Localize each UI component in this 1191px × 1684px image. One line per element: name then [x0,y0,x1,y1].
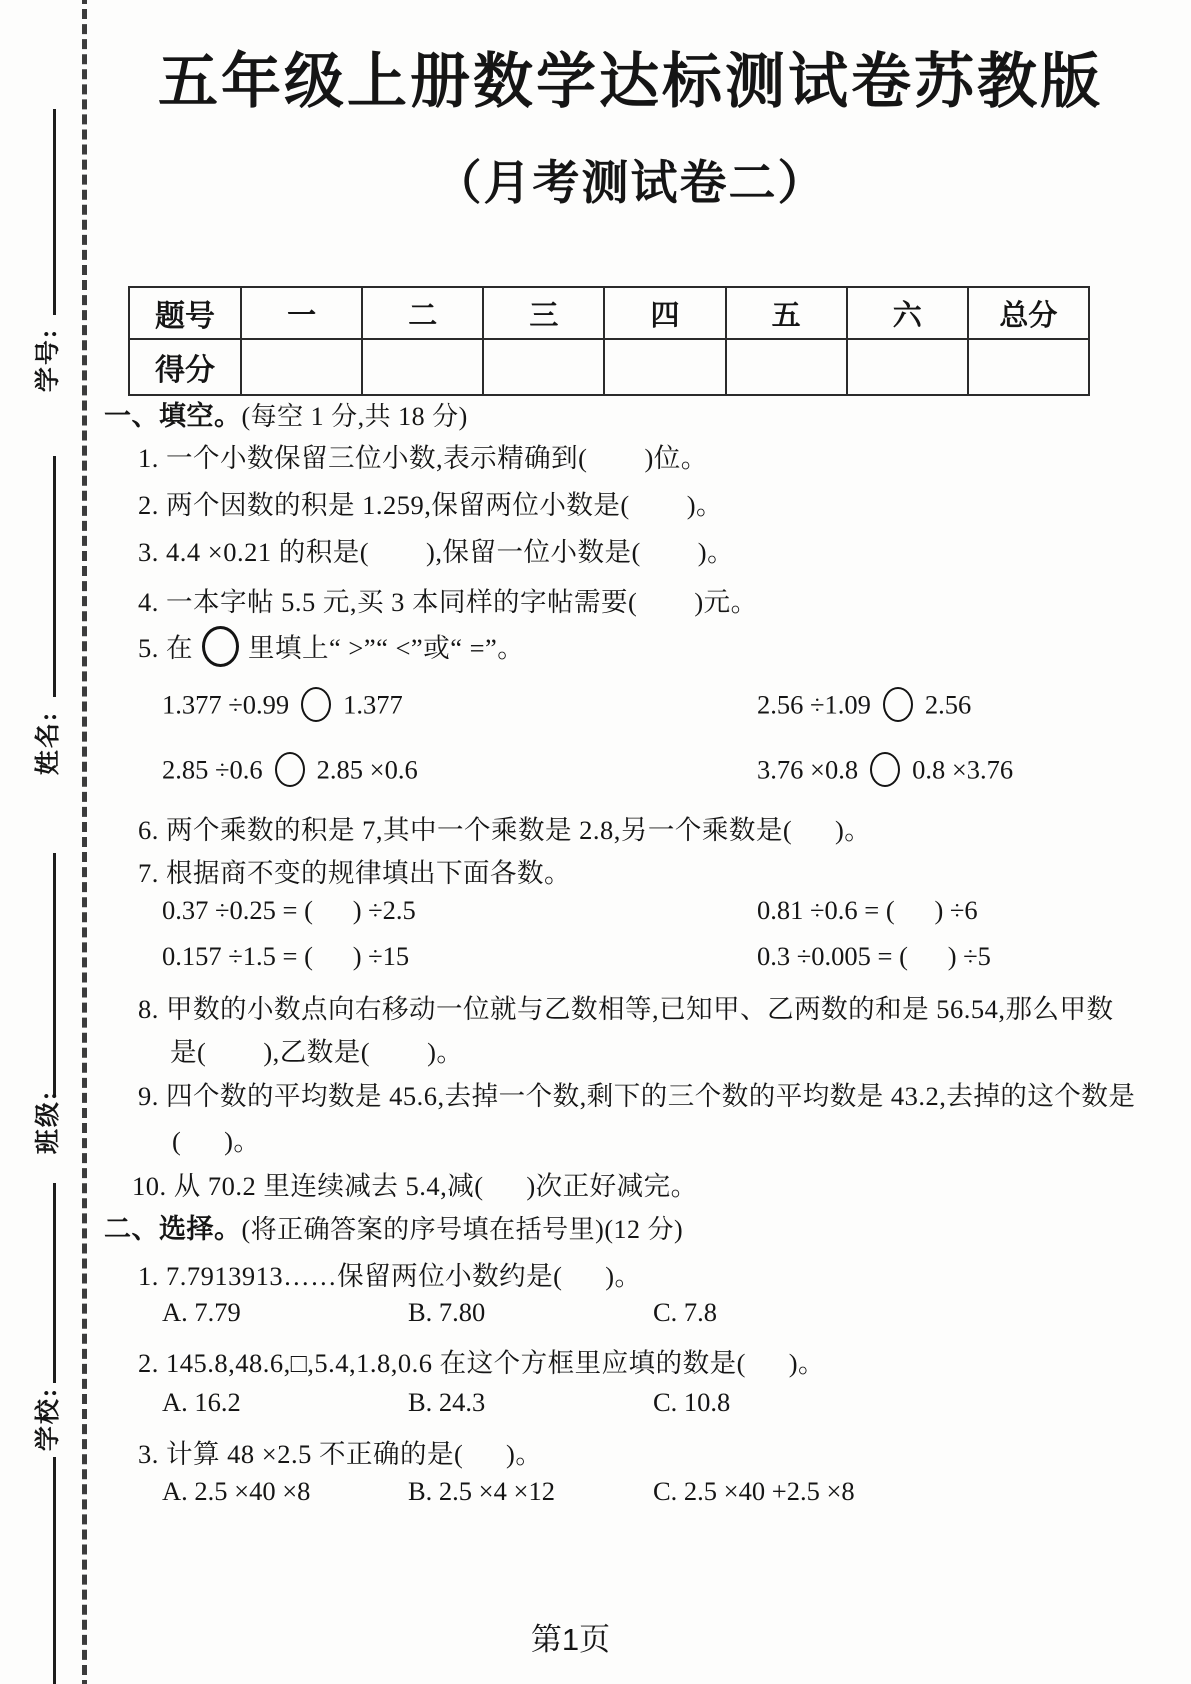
compare-item: 2.85 ÷0.62.85 ×0.6 [162,752,418,793]
question-s2-q2: 2. 145.8,48.6,□,5.4,1.8,0.6 在这个方框里应填的数是(… [138,1341,825,1380]
margin-blank-rule [53,853,56,1097]
option-a: A. 16.2 [162,1387,241,1418]
score-table-col: 五 [726,287,847,339]
test-paper-page: { "title": "五年级上册数学达标测试卷苏教版", "subtitle"… [0,0,1191,1684]
question-s1-q9-line1: 9. 四个数的平均数是 45.6,去掉一个数,剩下的三个数的平均数是 43.2,… [138,1074,1135,1113]
question-s1-q4: 4. 一本字帖 5.5 元,买 3 本同样的字帖需要( )元。 [138,580,758,619]
compare-circle-blank-icon [301,687,331,722]
score-table-col: 三 [483,287,604,339]
question-s1-q5: 5. 在里填上“ >”“ <”或“ =”。 [138,626,524,675]
question-s1-q1: 1. 一个小数保留三位小数,表示精确到( )位。 [138,436,708,475]
score-table: 题号 一 二 三 四 五 六 总分 得分 [128,286,1090,396]
question-s1-q2: 2. 两个因数的积是 1.259,保留两位小数是( )。 [138,483,723,522]
options-row-s2-q1: A. 7.79 B. 7.80 C. 7.8 [162,1297,1161,1333]
options-row-s2-q2: A. 16.2 B. 24.3 C. 10.8 [162,1387,1161,1423]
score-table-col: 四 [604,287,725,339]
class-label: 班级: [28,1090,64,1154]
score-table-col: 六 [847,287,968,339]
section1-header: 一、填空。(每空 1 分,共 18 分) [104,394,468,433]
question-s1-q7: 7. 根据商不变的规律填出下面各数。 [138,851,571,890]
compare-circle-blank-icon [883,687,913,722]
score-table-score-label: 得分 [129,339,241,395]
section2-title: 二、选择。 [104,1214,242,1244]
score-table-corner-label: 题号 [129,287,241,339]
compare-row-1: 1.377 ÷0.991.377 2.56 ÷1.092.56 [162,687,1161,723]
score-cell-empty [847,339,968,395]
quotient-fill-row-2: 0.157 ÷1.5 = ( ) ÷15 0.3 ÷0.005 = ( ) ÷5 [162,941,1161,977]
section1-note: (每空 1 分,共 18 分) [242,402,468,431]
q5-text-after: 里填上“ >”“ <”或“ =”。 [248,633,524,663]
compare-item: 2.56 ÷1.092.56 [757,687,971,728]
compare-circle-blank-icon [202,626,239,667]
option-c: C. 10.8 [653,1387,730,1418]
option-a: A. 7.79 [162,1297,241,1328]
compare-right-expr: 1.377 [343,690,403,720]
section2-header: 二、选择。(将正确答案的序号填在括号里)(12 分) [104,1207,683,1246]
compare-circle-blank-icon [275,752,305,787]
compare-circle-blank-icon [870,752,900,787]
compare-left-expr: 1.377 ÷0.99 [162,690,289,720]
question-s2-q3: 3. 计算 48 ×2.5 不正确的是( )。 [138,1432,542,1471]
compare-right-expr: 0.8 ×3.76 [912,755,1013,785]
compare-right-expr: 2.56 [925,690,971,720]
question-s1-q10: 10. 从 70.2 里连续减去 5.4,减( )次正好减完。 [132,1164,698,1203]
compare-item: 1.377 ÷0.991.377 [162,687,403,728]
margin-blank-rule [53,109,56,315]
q5-text-before: 5. 在 [138,633,193,663]
option-a: A. 2.5 ×40 ×8 [162,1476,310,1507]
section2-note: (将正确答案的序号填在括号里)(12 分) [242,1215,684,1244]
name-label: 姓名: [28,711,64,775]
fill-equation: 0.81 ÷0.6 = ( ) ÷6 [757,895,978,926]
fill-equation: 0.3 ÷0.005 = ( ) ÷5 [757,941,991,972]
score-cell-empty [241,339,362,395]
question-s2-q1: 1. 7.7913913……保留两位小数约是( )。 [138,1254,642,1293]
score-table-score-row: 得分 [129,339,1089,395]
score-cell-empty [604,339,725,395]
question-s1-q9-line2: ( )。 [172,1119,260,1158]
compare-left-expr: 2.56 ÷1.09 [757,690,871,720]
quotient-fill-row-1: 0.37 ÷0.25 = ( ) ÷2.5 0.81 ÷0.6 = ( ) ÷6 [162,895,1161,931]
option-b: B. 24.3 [408,1387,485,1418]
question-s1-q8-line2: 是( ),乙数是( )。 [170,1030,463,1069]
question-s1-q8-line1: 8. 甲数的小数点向右移动一位就与乙数相等,已知甲、乙两数的和是 56.54,那… [138,987,1114,1026]
option-c: C. 2.5 ×40 +2.5 ×8 [653,1476,855,1507]
cut-dashed-line [82,0,87,1684]
option-c: C. 7.8 [653,1297,717,1328]
question-s1-q3: 3. 4.4 ×0.21 的积是( ),保留一位小数是( )。 [138,530,734,569]
option-b: B. 2.5 ×4 ×12 [408,1476,555,1507]
margin-blank-rule [53,456,56,697]
option-b: B. 7.80 [408,1297,485,1328]
score-cell-empty [726,339,847,395]
options-row-s2-q3: A. 2.5 ×40 ×8 B. 2.5 ×4 ×12 C. 2.5 ×40 +… [162,1476,1161,1512]
student-id-label: 学号: [28,328,64,392]
score-cell-empty [483,339,604,395]
compare-right-expr: 2.85 ×0.6 [317,755,418,785]
compare-row-2: 2.85 ÷0.62.85 ×0.6 3.76 ×0.80.8 ×3.76 [162,752,1161,788]
question-s1-q6: 6. 两个乘数的积是 7,其中一个乘数是 2.8,另一个乘数是( )。 [138,808,871,847]
compare-left-expr: 3.76 ×0.8 [757,755,858,785]
compare-item: 3.76 ×0.80.8 ×3.76 [757,752,1013,793]
score-table-col: 总分 [968,287,1089,339]
margin-blank-rule [53,1183,56,1383]
school-label: 学校: [28,1387,64,1451]
score-table-col: 一 [241,287,362,339]
page-number: 第1页 [0,1614,1141,1659]
score-table-question-row: 题号 一 二 三 四 五 六 总分 [129,287,1089,339]
fill-equation: 0.157 ÷1.5 = ( ) ÷15 [162,941,409,972]
compare-left-expr: 2.85 ÷0.6 [162,755,263,785]
score-table-col: 二 [362,287,483,339]
section1-title: 一、填空。 [104,401,242,431]
page-title: 五年级上册数学达标测试卷苏教版 [100,34,1161,120]
score-cell-empty [968,339,1089,395]
fill-equation: 0.37 ÷0.25 = ( ) ÷2.5 [162,895,416,926]
score-cell-empty [362,339,483,395]
page-subtitle: （月考测试卷二） [100,146,1161,213]
